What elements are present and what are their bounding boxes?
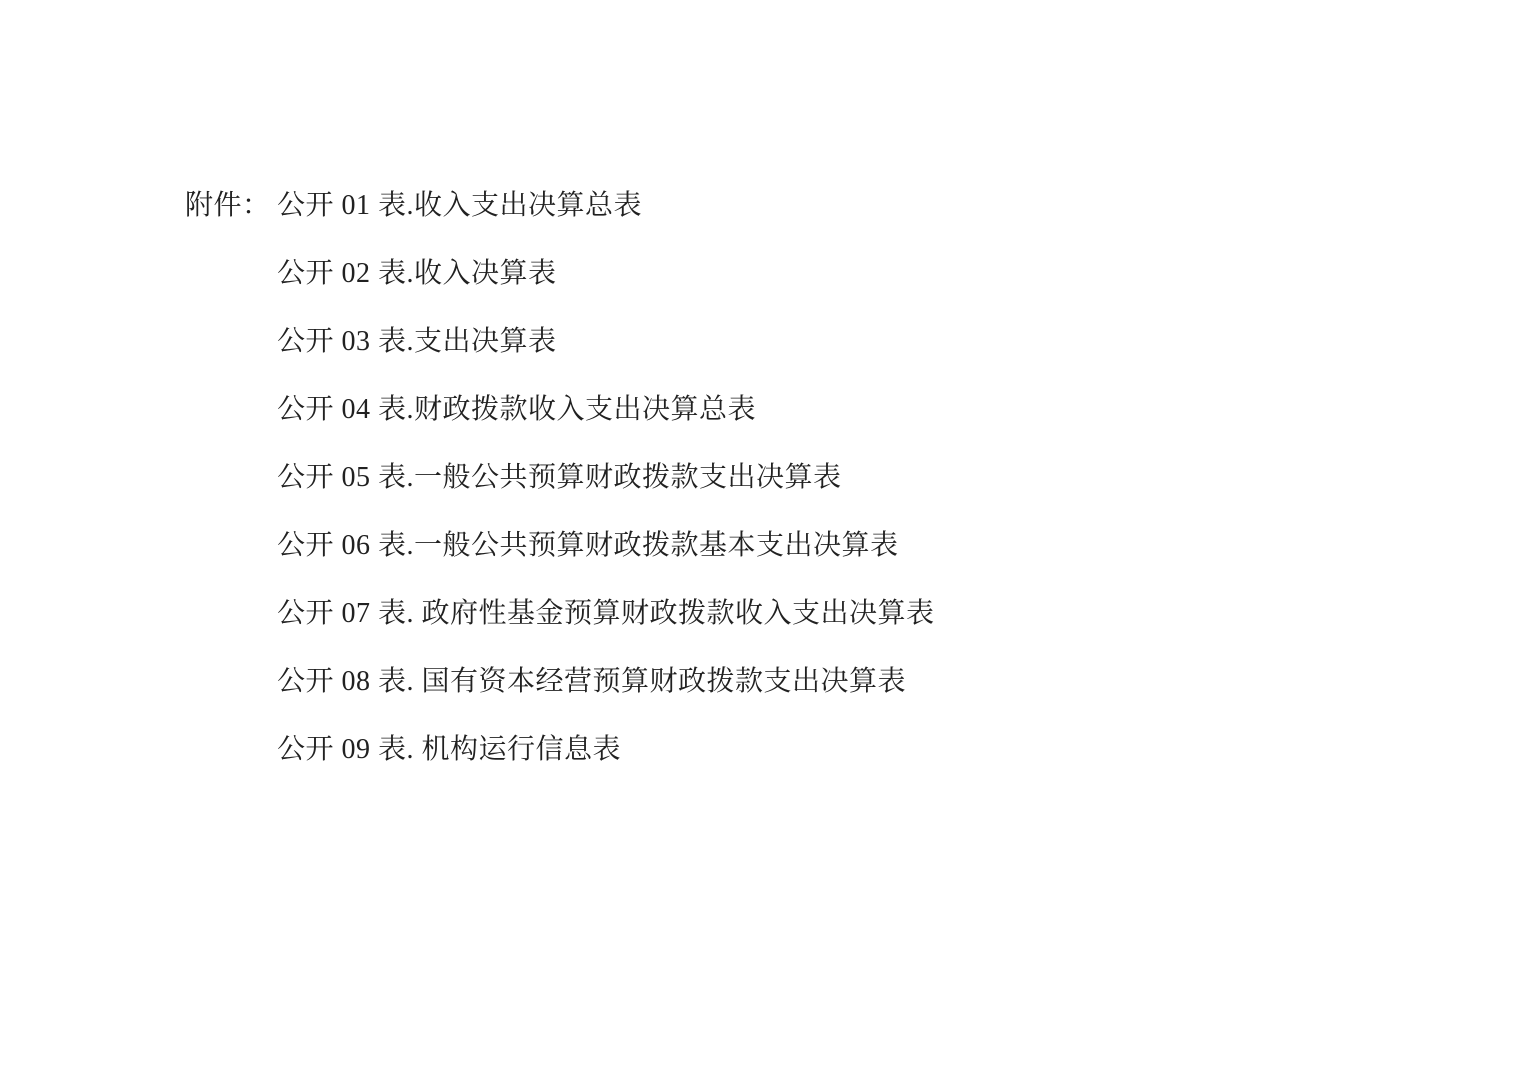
attachment-item-text: 公开 01 表.收入支出决算总表: [277, 190, 642, 221]
attachment-item-text: 公开 05 表.一般公共预算财政拨款支出决算表: [277, 462, 842, 493]
attachment-item-text: 公开 08 表. 国有资本经营预算财政拨款支出决算表: [277, 666, 906, 697]
attachment-row: 公开 03 表.支出决算表: [185, 308, 935, 376]
attachment-item-text: 公开 06 表.一般公共预算财政拨款基本支出决算表: [277, 530, 899, 561]
attachment-row: 公开 04 表.财政拨款收入支出决算总表: [185, 376, 935, 444]
attachment-item-text: 公开 02 表.收入决算表: [277, 258, 557, 289]
attachment-label: 附件：: [185, 172, 277, 240]
attachment-row: 附件：公开 01 表.收入支出决算总表: [185, 172, 935, 240]
attachment-list: 附件：公开 01 表.收入支出决算总表公开 02 表.收入决算表公开 03 表.…: [185, 172, 935, 784]
attachment-item-text: 公开 04 表.财政拨款收入支出决算总表: [277, 394, 756, 425]
attachment-row: 公开 08 表. 国有资本经营预算财政拨款支出决算表: [185, 648, 935, 716]
attachment-item-text: 公开 09 表. 机构运行信息表: [277, 734, 621, 765]
attachment-row: 公开 02 表.收入决算表: [185, 240, 935, 308]
attachment-item-text: 公开 07 表. 政府性基金预算财政拨款收入支出决算表: [277, 598, 935, 629]
attachment-row: 公开 05 表.一般公共预算财政拨款支出决算表: [185, 444, 935, 512]
attachment-row: 公开 09 表. 机构运行信息表: [185, 716, 935, 784]
document-page: 附件：公开 01 表.收入支出决算总表公开 02 表.收入决算表公开 03 表.…: [0, 0, 1520, 1074]
attachment-item-text: 公开 03 表.支出决算表: [277, 326, 557, 357]
attachment-row: 公开 06 表.一般公共预算财政拨款基本支出决算表: [185, 512, 935, 580]
attachment-row: 公开 07 表. 政府性基金预算财政拨款收入支出决算表: [185, 580, 935, 648]
